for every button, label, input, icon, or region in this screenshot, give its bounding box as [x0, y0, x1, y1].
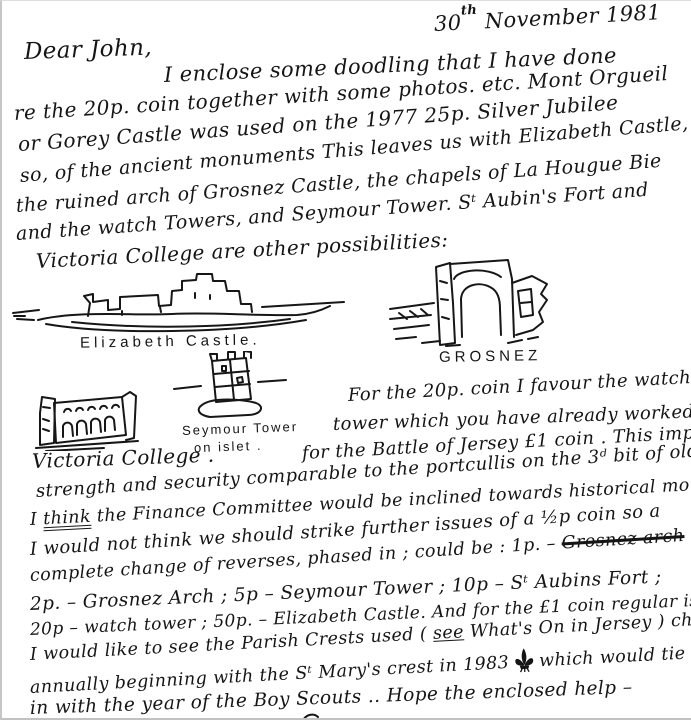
victoria-college-sketch — [30, 385, 160, 451]
date-suffix: th — [460, 3, 477, 19]
date-day: 30 — [433, 11, 462, 36]
letter-line: For the 20p. coin I favour the watch — [348, 369, 691, 405]
elizabeth-castle-sketch — [10, 263, 350, 341]
salutation: Dear John, — [24, 37, 153, 64]
date-rest: November 1981 — [477, 0, 662, 34]
underlined-word: think — [43, 507, 92, 531]
seymour-tower-label: Seymour Tower — [182, 419, 299, 438]
cutoff-stroke — [302, 713, 322, 720]
fleur-de-lis-icon — [512, 647, 536, 679]
elizabeth-castle-label: Elizabeth Castle. — [80, 331, 261, 351]
seymour-tower-sketch — [172, 351, 290, 425]
struck-word: Grosnez arch — [561, 526, 685, 553]
text-segment: Corbiere — [684, 521, 691, 546]
grosnez-sketch — [388, 251, 566, 351]
letter-date: 30th November 1981 — [433, 1, 661, 35]
seymour-tower-label-2: on islet . — [194, 438, 263, 455]
grosnez-label: GROSNEZ — [439, 347, 541, 366]
underlined-word: see — [432, 622, 464, 644]
letter-page: 30th November 1981 Dear John, I enclose … — [0, 0, 691, 720]
text-segment: which would tie — [539, 644, 686, 672]
victoria-college-label: Victoria College . — [32, 445, 215, 471]
